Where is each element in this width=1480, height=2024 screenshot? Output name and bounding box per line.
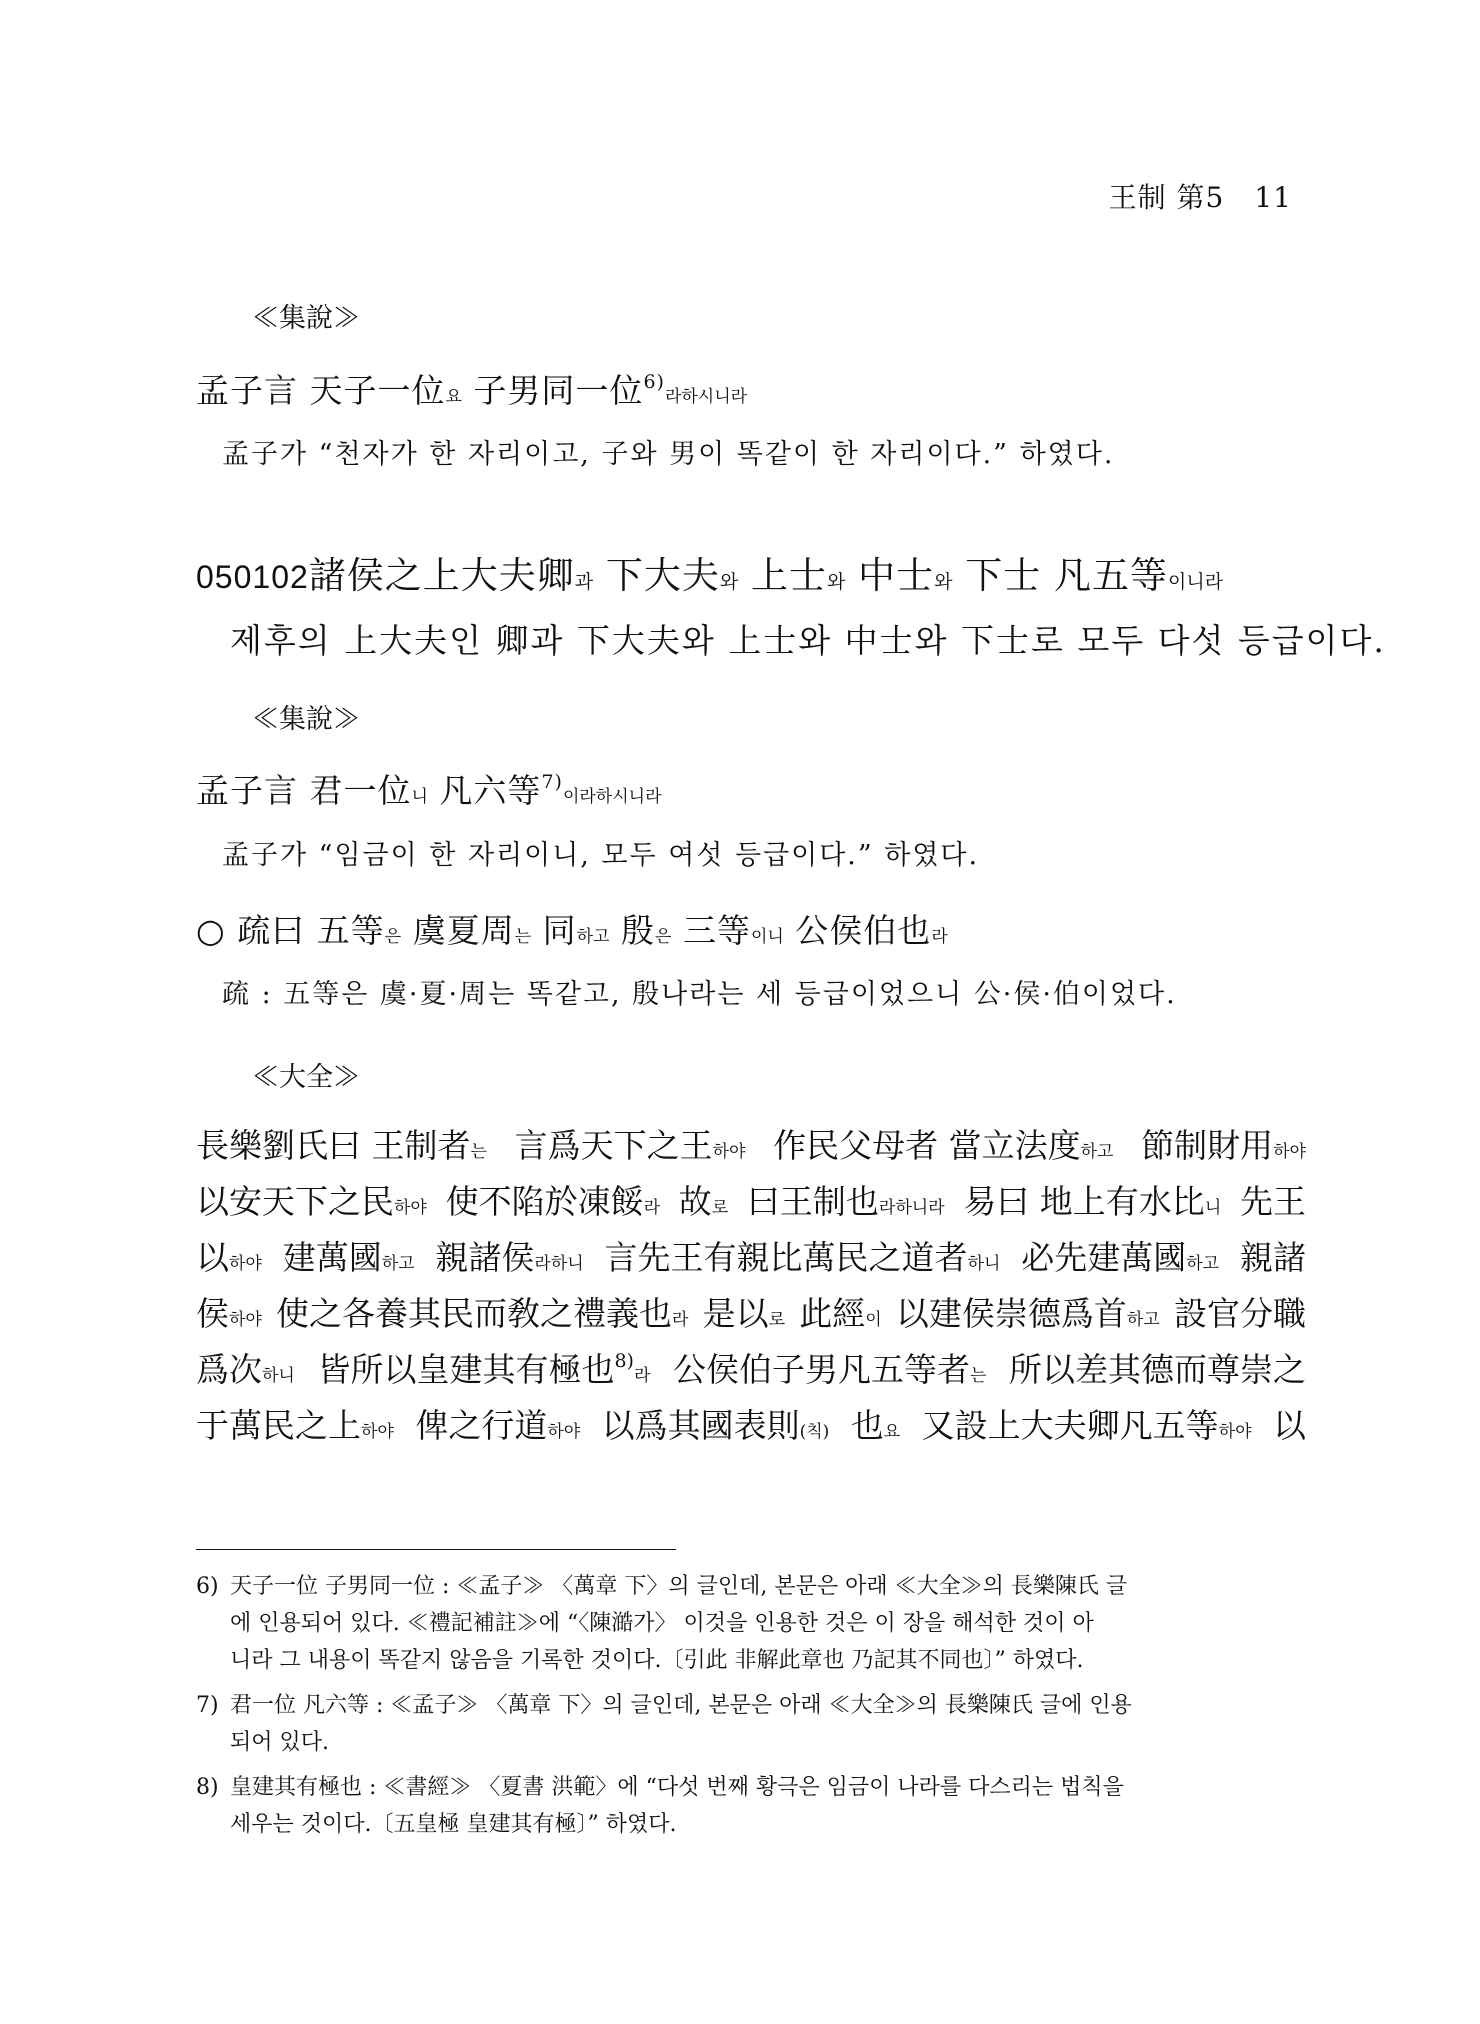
text-segment: 以하야 xyxy=(196,1230,262,1286)
footnote-ref-8[interactable]: 8) xyxy=(614,1350,634,1372)
footnote-divider xyxy=(196,1549,676,1550)
footnote-line: 8)皇建其有極也 : ≪書經≫ 〈夏書 洪範〉에 “다섯 번째 황극은 임금이 … xyxy=(196,1769,1306,1806)
daquan-line: 以安天下之民하야 使不陷於凍餒라 故로 曰王制也라하니라 易曰 地上有水比니 先… xyxy=(196,1174,1306,1230)
passage-number: 050102 xyxy=(196,559,309,595)
text-segment: 使不陷於凍餒라 xyxy=(446,1174,660,1230)
daquan-paragraph: 長樂劉氏曰 王制者는 言爲天下之王하야 作民父母者 當立法度하고 節制財用하야以… xyxy=(196,1118,1306,1454)
footnote-number: 7) xyxy=(196,1687,230,1724)
text-segment: 節制財用하야 xyxy=(1141,1118,1306,1174)
text-segment: 爲次하니 xyxy=(196,1342,295,1398)
footnote-line: 되어 있다. xyxy=(196,1724,1306,1761)
text-segment: 易曰 地上有水比니 xyxy=(963,1174,1221,1230)
footnote-number: 6) xyxy=(196,1568,230,1605)
daquan-line: 長樂劉氏曰 王制者는 言爲天下之王하야 作民父母者 當立法度하고 節制財用하야 xyxy=(196,1118,1306,1174)
text-segment: 此經이 xyxy=(799,1286,881,1342)
text-segment: 皆所以皇建其有極也8)라 xyxy=(317,1342,650,1398)
footnote-item: 7)君一位 凡六等 : ≪孟子≫ 〈萬章 下〉의 글인데, 본문은 아래 ≪大全… xyxy=(196,1687,1306,1761)
text-segment: 作民父母者 當立法度하고 xyxy=(773,1118,1113,1174)
daquan-line: 以하야 建萬國하고 親諸侯라하니 言先王有親比萬民之道者하니 必先建萬國하고 親… xyxy=(196,1230,1306,1286)
text-segment: 故로 xyxy=(679,1174,728,1230)
footnote-ref-7[interactable]: 7) xyxy=(541,771,563,793)
text-segment: 所以差其德而尊崇之 xyxy=(1009,1342,1306,1398)
commentary-original-line: ○ 疏曰 五等은 虞夏周는 同하고 殷은 三等이니 公侯伯也라 xyxy=(196,905,948,952)
footnote-ref-6[interactable]: 6) xyxy=(643,371,665,393)
chapter-title: 王制 第5 xyxy=(1109,181,1225,214)
footnote-item: 6)天子一位 子男同一位 : ≪孟子≫ 〈萬章 下〉의 글인데, 본문은 아래 … xyxy=(196,1568,1306,1679)
footnotes: 6)天子一位 子男同一位 : ≪孟子≫ 〈萬章 下〉의 글인데, 본문은 아래 … xyxy=(196,1568,1306,1851)
footnote-number: 8) xyxy=(196,1769,230,1806)
section-heading-jipseol: ≪集說≫ xyxy=(252,697,360,736)
text-segment: 使之各養其民而敎之禮義也라 xyxy=(276,1286,688,1342)
text-segment: 侯하야 xyxy=(196,1286,262,1342)
text-segment: 以安天下之民하야 xyxy=(196,1174,427,1230)
text-segment: 言先王有親比萬民之道者하니 xyxy=(605,1230,1001,1286)
text-segment: 俾之行道하야 xyxy=(415,1398,580,1454)
footnote-line: 니라 그 내용이 똑같지 않음을 기록한 것이다.〔引此 非解此章也 乃記其不同… xyxy=(196,1642,1306,1679)
original-text-line-numbered: 050102諸侯之上大夫卿과 下大夫와 上士와 中士와 下士 凡五等이니라 xyxy=(196,545,1223,599)
footnote-line: 에 인용되어 있다. ≪禮記補註≫에 “〈陳澔가〉 이것을 인용한 것은 이 장… xyxy=(196,1605,1306,1642)
text-segment: 是以로 xyxy=(703,1286,785,1342)
daquan-line: 于萬民之上하야 俾之行道하야 以爲其國表則(칙)也요 又設上大夫卿凡五等하야 以 xyxy=(196,1398,1306,1454)
section-heading-jipseol: ≪集說≫ xyxy=(252,296,360,335)
text-segment: 親諸 xyxy=(1240,1230,1306,1286)
running-header: 王制 第511 xyxy=(1109,176,1292,216)
text-segment: 必先建萬國하고 xyxy=(1021,1230,1219,1286)
footnote-line: 7)君一位 凡六等 : ≪孟子≫ 〈萬章 下〉의 글인데, 본문은 아래 ≪大全… xyxy=(196,1687,1306,1724)
text-segment: 以爲其國表則(칙) xyxy=(602,1398,830,1454)
text-segment: 也요 xyxy=(851,1398,900,1454)
translation-line: 제후의 上大夫인 卿과 下大夫와 上士와 中士와 下士로 모두 다섯 등급이다. xyxy=(230,615,1386,662)
text-segment: 以建侯崇德爲首하고 xyxy=(896,1286,1160,1342)
daquan-line: 爲次하니 皆所以皇建其有極也8)라 公侯伯子男凡五等者는 所以差其德而尊崇之 xyxy=(196,1342,1306,1398)
text-segment: 設官分職 xyxy=(1174,1286,1306,1342)
translation-line: 孟子가 “천자가 한 자리이고, 子와 男이 똑같이 한 자리이다.” 하였다. xyxy=(222,432,1114,471)
text-segment: 曰王制也라하니라 xyxy=(747,1174,945,1230)
text-segment: 建萬國하고 xyxy=(283,1230,415,1286)
text-segment: 公侯伯子男凡五等者는 xyxy=(673,1342,986,1398)
text-segment: 親諸侯라하니 xyxy=(435,1230,583,1286)
text-segment: 言爲天下之王하야 xyxy=(515,1118,746,1174)
text-segment: 以 xyxy=(1273,1398,1306,1454)
original-text-line: 孟子言 君一位니 凡六等7)이라하시니라 xyxy=(196,765,662,812)
section-heading-daquan: ≪大全≫ xyxy=(252,1055,360,1094)
daquan-line: 侯하야 使之各養其民而敎之禮義也라 是以로 此經이 以建侯崇德爲首하고 設官分職 xyxy=(196,1286,1306,1342)
original-text-line: 孟子言 天子一位요 子男同一位6)라하시니라 xyxy=(196,365,747,412)
footnote-line: 6)天子一位 子男同一位 : ≪孟子≫ 〈萬章 下〉의 글인데, 본문은 아래 … xyxy=(196,1568,1306,1605)
text-segment: 先王 xyxy=(1240,1174,1306,1230)
text-segment: 又設上大夫卿凡五等하야 xyxy=(922,1398,1252,1454)
commentary-translation-line: 疏 : 五等은 虞·夏·周는 똑같고, 殷나라는 세 등급이었으니 公·侯·伯이… xyxy=(222,972,1177,1011)
translation-line: 孟子가 “임금이 한 자리이니, 모두 여섯 등급이다.” 하였다. xyxy=(222,833,979,872)
text-segment: 于萬民之上하야 xyxy=(196,1398,394,1454)
page-number: 11 xyxy=(1254,181,1292,214)
text-segment: 長樂劉氏曰 王制者는 xyxy=(196,1118,487,1174)
footnote-item: 8)皇建其有極也 : ≪書經≫ 〈夏書 洪範〉에 “다섯 번째 황극은 임금이 … xyxy=(196,1769,1306,1843)
footnote-line: 세우는 것이다.〔五皇極 皇建其有極〕” 하였다. xyxy=(196,1806,1306,1843)
